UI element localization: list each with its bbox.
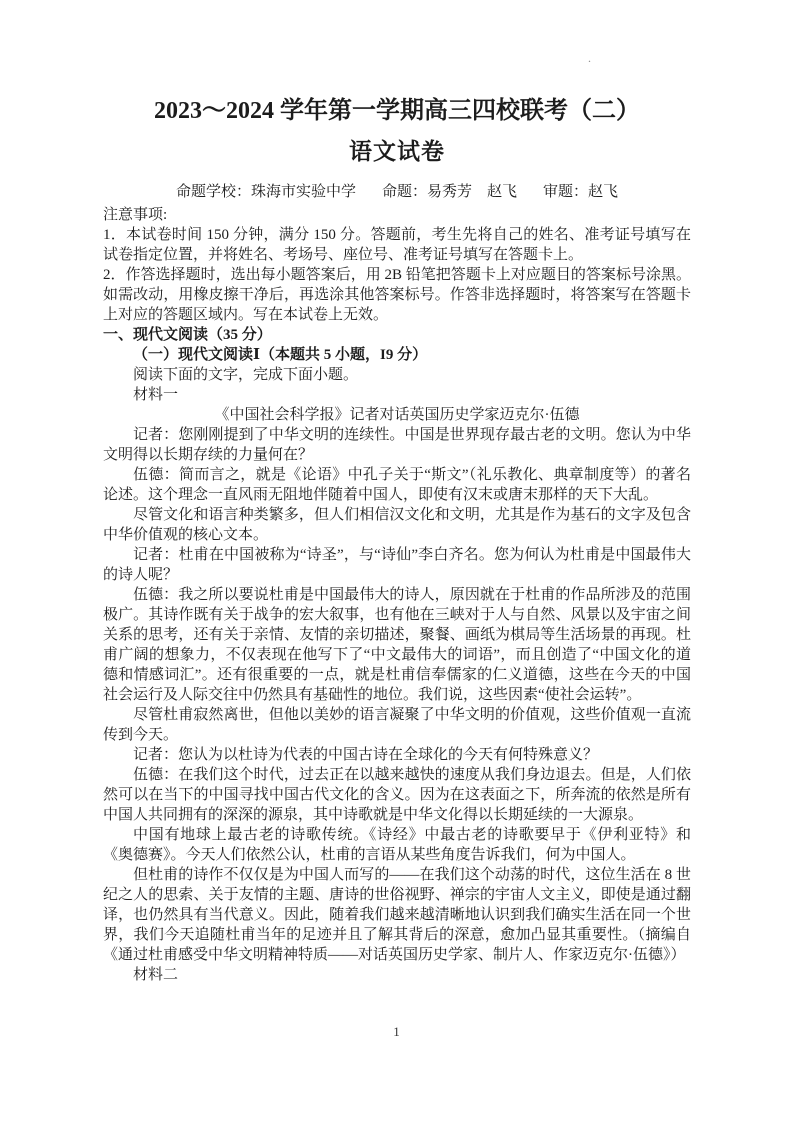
byline-school: 命题学校：珠海市实验中学: [176, 182, 356, 202]
page-title: 2023～2024 学年第一学期高三四校联考（二）: [103, 96, 691, 127]
subsection-heading: （一）现代文阅读Ⅰ（本题共 5 小题，I9 分）: [103, 345, 691, 365]
interview-paragraph: 但杜甫的诗作不仅仅是为中国人而写的——在我们这个动荡的时代，这位生活在 8 世纪…: [103, 865, 691, 965]
interview-paragraph: 记者：杜甫在中国被称为“诗圣”，与“诗仙”李白齐名。您为何认为杜甫是中国最伟大的…: [103, 545, 691, 585]
interview-paragraph: 伍德：我之所以要说杜甫是中国最伟大的诗人，原因就在于杜甫的作品所涉及的范围极广。…: [103, 585, 691, 705]
section-heading: 一、现代文阅读（35 分）: [103, 325, 691, 345]
interview-title: 《中国社会科学报》记者对话英国历史学家迈克尔·伍德: [103, 405, 691, 425]
reading-instruction: 阅读下面的文字，完成下面小题。: [103, 365, 691, 385]
document-body: 注意事项: 1．本试卷时间 150 分钟，满分 150 分。答题前，考生先将自己…: [103, 205, 691, 985]
notice-item-1: 1．本试卷时间 150 分钟，满分 150 分。答题前，考生先将自己的姓名、准考…: [103, 225, 691, 265]
interview-paragraph: 伍德：简而言之，就是《论语》中孔子关于“斯文”（礼乐教化、典章制度等）的著名论述…: [103, 465, 691, 505]
interview-paragraph: 尽管杜甫寂然离世，但他以美妙的语言凝聚了中华文明的价值观，这些价值观一直流传到今…: [103, 705, 691, 745]
byline: 命题学校：珠海市实验中学 命题：易秀芳 赵飞 审题：赵飞: [103, 182, 691, 202]
byline-reviewer: 审题：赵飞: [543, 182, 618, 202]
interview-paragraph: 记者：您认为以杜诗为代表的中国古诗在全球化的今天有何特殊意义？: [103, 745, 691, 765]
interview-paragraph: 尽管文化和语言种类繁多，但人们相信汉文化和文明，尤其是作为基石的文字及包含中华价…: [103, 505, 691, 545]
page-number: 1: [0, 1024, 793, 1040]
byline-setters: 命题：易秀芳 赵飞: [382, 182, 517, 202]
stray-scan-mark: .: [588, 52, 591, 64]
notice-heading: 注意事项:: [103, 205, 691, 225]
page-subtitle: 语文试卷: [103, 137, 691, 167]
interview-paragraph: 记者：您刚刚提到了中华文明的连续性。中国是世界现存最古老的文明。您认为中华文明得…: [103, 425, 691, 465]
interview-paragraph: 中国有地球上最古老的诗歌传统。《诗经》中最古老的诗歌要早于《伊利亚特》和《奥德赛…: [103, 825, 691, 865]
material-two-label: 材料二: [103, 965, 691, 985]
interview-paragraph: 伍德：在我们这个时代，过去正在以越来越快的速度从我们身边退去。但是，人们依然可以…: [103, 765, 691, 825]
exam-paper-page: . 2023～2024 学年第一学期高三四校联考（二） 语文试卷 命题学校：珠海…: [0, 0, 793, 1122]
notice-item-2: 2．作答选择题时，选出每小题答案后，用 2B 铅笔把答题卡上对应题目的答案标号涂…: [103, 265, 691, 325]
material-one-label: 材料一: [103, 385, 691, 405]
